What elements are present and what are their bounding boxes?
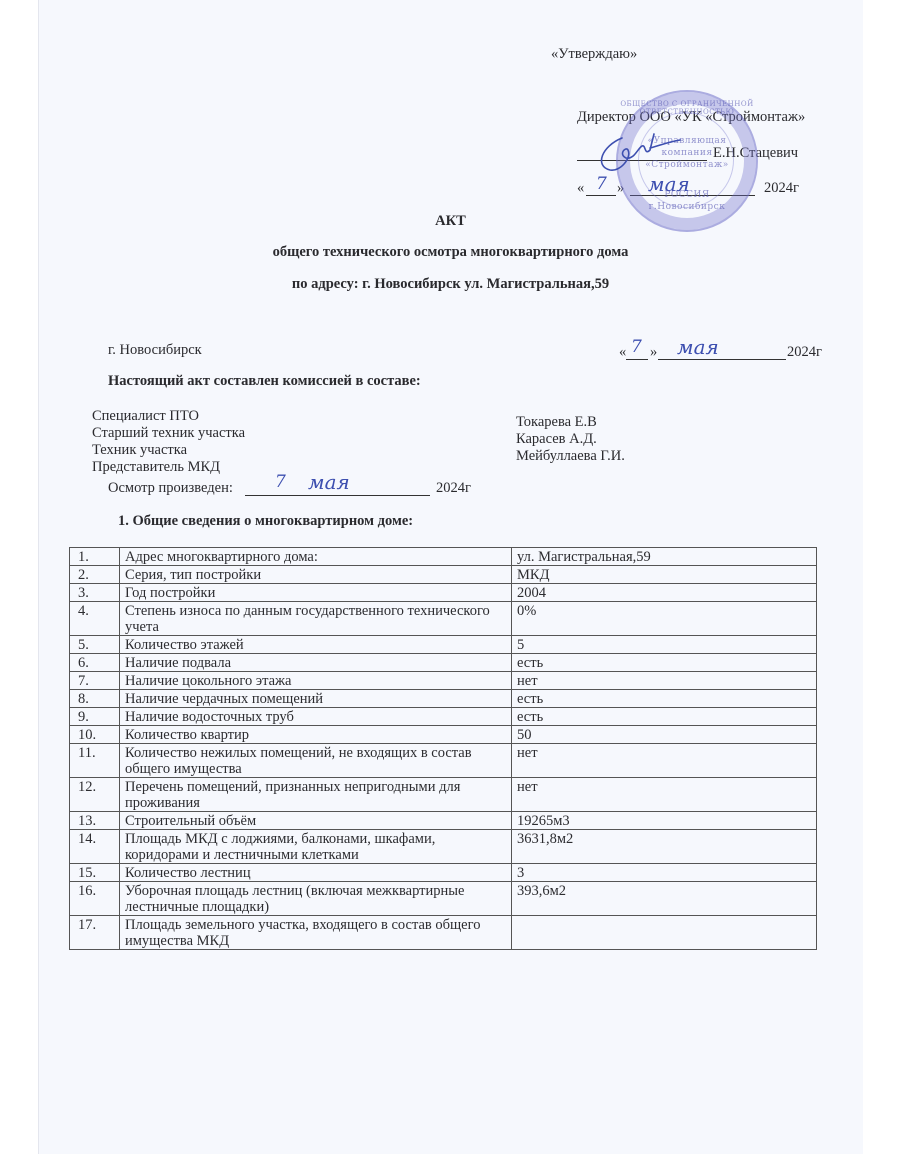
- date-month-handwritten: мая: [677, 335, 719, 359]
- approval-date-open-quote: «: [577, 180, 584, 197]
- building-info-table: 1.Адрес многоквартирного дома:ул. Магист…: [69, 547, 817, 950]
- row-value: 0%: [512, 602, 817, 636]
- row-number: 14.: [70, 830, 120, 864]
- commission-role-3: Техник участка: [92, 442, 187, 459]
- row-number: 3.: [70, 584, 120, 602]
- table-row: 6.Наличие подвалаесть: [70, 654, 817, 672]
- table-row: 10.Количество квартир50: [70, 726, 817, 744]
- row-number: 6.: [70, 654, 120, 672]
- table-row: 3.Год постройки2004: [70, 584, 817, 602]
- table-row: 5.Количество этажей5: [70, 636, 817, 654]
- document-address: по адресу: г. Новосибирск ул. Магистраль…: [0, 276, 901, 293]
- row-number: 7.: [70, 672, 120, 690]
- inspection-month-handwritten: мая: [308, 470, 350, 494]
- row-number: 5.: [70, 636, 120, 654]
- place-city: г. Новосибирск: [108, 342, 202, 359]
- row-number: 15.: [70, 864, 120, 882]
- row-label: Количество квартир: [120, 726, 512, 744]
- row-value: ул. Магистральная,59: [512, 548, 817, 566]
- approval-day-line: [586, 195, 616, 196]
- row-label: Площадь МКД с лоджиями, балконами, шкафа…: [120, 830, 512, 864]
- row-number: 4.: [70, 602, 120, 636]
- date-month-line: [658, 359, 786, 360]
- row-value: [512, 916, 817, 950]
- table-row: 7.Наличие цокольного этажанет: [70, 672, 817, 690]
- section-1-title: 1. Общие сведения о многоквартирном доме…: [118, 513, 413, 530]
- row-number: 8.: [70, 690, 120, 708]
- table-row: 11.Количество нежилых помещений, не вход…: [70, 744, 817, 778]
- row-number: 2.: [70, 566, 120, 584]
- table-row: 2.Серия, тип постройкиМКД: [70, 566, 817, 584]
- row-value: 50: [512, 726, 817, 744]
- approval-position: Директор ООО «УК «Строймонтаж»: [577, 109, 805, 126]
- row-value: есть: [512, 654, 817, 672]
- row-label: Уборочная площадь лестниц (включая межкв…: [120, 882, 512, 916]
- table-row: 13.Строительный объём19265м3: [70, 812, 817, 830]
- row-value: есть: [512, 708, 817, 726]
- approval-date-year: 2024г: [764, 180, 799, 197]
- row-label: Количество нежилых помещений, не входящи…: [120, 744, 512, 778]
- row-value: нет: [512, 778, 817, 812]
- table-row: 16.Уборочная площадь лестниц (включая ме…: [70, 882, 817, 916]
- row-label: Степень износа по данным государственног…: [120, 602, 512, 636]
- date-day-line: [626, 359, 648, 360]
- row-value: 2004: [512, 584, 817, 602]
- row-number: 16.: [70, 882, 120, 916]
- row-value: 5: [512, 636, 817, 654]
- row-label: Серия, тип постройки: [120, 566, 512, 584]
- signature-line: [577, 160, 707, 161]
- row-label: Адрес многоквартирного дома:: [120, 548, 512, 566]
- date-close-quote: »: [650, 344, 657, 361]
- approval-day-handwritten: 7: [596, 174, 607, 194]
- row-number: 12.: [70, 778, 120, 812]
- row-number: 13.: [70, 812, 120, 830]
- commission-name-3: Мейбуллаева Г.И.: [516, 448, 625, 465]
- table-row: 15.Количество лестниц3: [70, 864, 817, 882]
- approval-date-close-quote: »: [617, 180, 624, 197]
- row-label: Количество этажей: [120, 636, 512, 654]
- approval-month-handwritten: мая: [648, 172, 690, 196]
- table-row: 1.Адрес многоквартирного дома:ул. Магист…: [70, 548, 817, 566]
- row-label: Количество лестниц: [120, 864, 512, 882]
- table-row: 12.Перечень помещений, признанных неприг…: [70, 778, 817, 812]
- row-label: Площадь земельного участка, входящего в …: [120, 916, 512, 950]
- row-label: Строительный объём: [120, 812, 512, 830]
- commission-intro: Настоящий акт составлен комиссией в сост…: [108, 373, 421, 390]
- table-row: 17.Площадь земельного участка, входящего…: [70, 916, 817, 950]
- row-value: 3631,8м2: [512, 830, 817, 864]
- commission-name-2: Карасев А.Д.: [516, 431, 597, 448]
- row-label: Наличие чердачных помещений: [120, 690, 512, 708]
- commission-name-1: Токарева Е.В: [516, 414, 597, 431]
- row-label: Наличие подвала: [120, 654, 512, 672]
- inspection-date-line: [245, 495, 430, 496]
- row-number: 11.: [70, 744, 120, 778]
- table-row: 4.Степень износа по данным государственн…: [70, 602, 817, 636]
- inspection-day-handwritten: 7: [275, 472, 286, 492]
- row-label: Наличие цокольного этажа: [120, 672, 512, 690]
- row-value: МКД: [512, 566, 817, 584]
- commission-role-4: Представитель МКД: [92, 459, 220, 476]
- row-value: 393,6м2: [512, 882, 817, 916]
- table-row: 9.Наличие водосточных трубесть: [70, 708, 817, 726]
- row-value: нет: [512, 744, 817, 778]
- row-value: нет: [512, 672, 817, 690]
- table-row: 14.Площадь МКД с лоджиями, балконами, шк…: [70, 830, 817, 864]
- row-value: есть: [512, 690, 817, 708]
- commission-role-1: Специалист ПТО: [92, 408, 199, 425]
- table-row: 8.Наличие чердачных помещенийесть: [70, 690, 817, 708]
- row-number: 1.: [70, 548, 120, 566]
- approval-name: Е.Н.Стацевич: [713, 145, 798, 162]
- row-number: 10.: [70, 726, 120, 744]
- date-year: 2024г: [787, 344, 822, 361]
- row-label: Наличие водосточных труб: [120, 708, 512, 726]
- row-label: Год постройки: [120, 584, 512, 602]
- row-number: 17.: [70, 916, 120, 950]
- document-subtitle: общего технического осмотра многоквартир…: [0, 244, 901, 261]
- approval-title: «Утверждаю»: [551, 46, 637, 63]
- row-value: 19265м3: [512, 812, 817, 830]
- date-day-handwritten: 7: [631, 337, 642, 357]
- row-label: Перечень помещений, признанных непригодн…: [120, 778, 512, 812]
- row-number: 9.: [70, 708, 120, 726]
- inspection-label: Осмотр произведен:: [108, 480, 233, 497]
- commission-role-2: Старший техник участка: [92, 425, 245, 442]
- inspection-year: 2024г: [436, 480, 471, 497]
- document-title: АКТ: [0, 213, 901, 230]
- row-value: 3: [512, 864, 817, 882]
